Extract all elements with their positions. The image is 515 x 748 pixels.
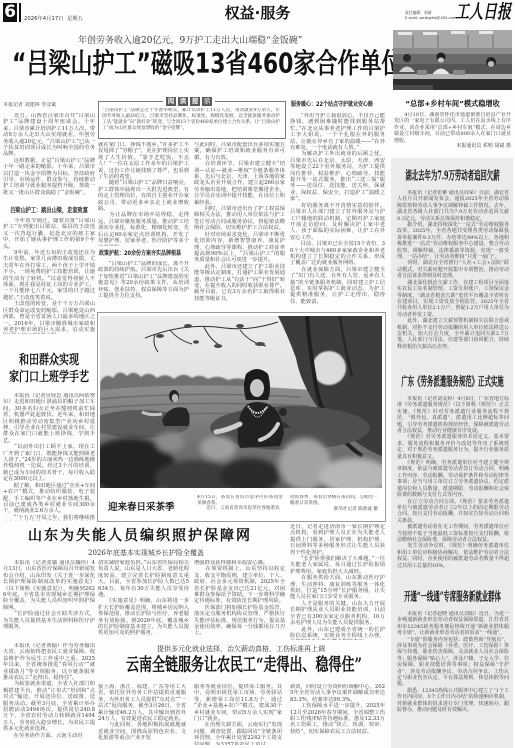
hetian-body: 本报讯（记者吴铎思 通讯员阿依努尔）走进和田地区洛浦县的帽子加工车间，30多名妇… bbox=[3, 393, 95, 521]
hubei-headline[interactable]: 湖北去年为7.9万劳动者追回欠薪 bbox=[392, 170, 513, 183]
lead-col2-body-2: “吕梁山护工”品牌的成长，离不开政策的持续护航。吕梁市先后出台《关于加快推进“吕… bbox=[98, 261, 189, 311]
workshop-photo bbox=[393, 30, 512, 90]
guangdong-body: 本报讯（记者刘友婷）4月8日，广东省地方标准《劳务派遣服务规范》（以下简称《规范… bbox=[397, 396, 509, 582]
masthead-logo: 工人日报 bbox=[455, 3, 511, 22]
reading-tip-text: “吕梁山护工”品牌走过十年春华秋实，累计培训护工11万人次，带动就业9万余人，年… bbox=[102, 108, 280, 134]
lead-kicker: 年创劳务收入逾20亿元，9万护工走出大山端稳“金饭碗” bbox=[78, 36, 302, 46]
photo-news-credit: 本报通讯员 邓明 胡斌 摄 bbox=[394, 144, 511, 150]
guangdong-headline[interactable]: 广东《劳务派遣服务规范》正式实施 bbox=[392, 376, 513, 389]
yunnan-col-3: 服务等就业岗位，提供零工服务。其中，昆明市依托零工市场、劳务驿站等，新增零工岗位… bbox=[194, 684, 282, 745]
reading-tip-char: 读 bbox=[178, 97, 188, 106]
lead-col2-body-1: 就在家门口，挣钱不离乡。”许多护工不仅甩掉了“穷帽子”，更在护理岗位上实现了人生… bbox=[98, 142, 189, 246]
photo-credit: 新华社记者 陈欣波 摄 bbox=[290, 507, 378, 513]
hetian-headline-line2[interactable]: 家门口上班学手艺 bbox=[3, 372, 95, 385]
lead-col3-body: 与此同时，吕梁市配套出台多项实施方案，确保护工培训和就业服务有章可循、有力有效。… bbox=[194, 142, 285, 311]
hubei-body: 本报讯（记者张翀 通讯员周荣）日前，湖北省人社厅召开新闻发布会，通报2025年全… bbox=[397, 190, 509, 367]
hetian-headline-line1[interactable]: 和田群众实现 bbox=[3, 355, 95, 368]
shandong-col-3: 增强群众获得感和幸福安心感。 在筹资机制上，山东坚持以收定支、收支平衡原则，建立… bbox=[194, 560, 285, 640]
reading-tip-char: 阅 bbox=[166, 97, 176, 106]
photo-news-headline[interactable]: “总部+乡村车间”模式稳增收 bbox=[393, 100, 512, 108]
tea-picking-image bbox=[100, 316, 382, 488]
hotline-body: 本报讯（记者赵晓 通讯员刘娟）近日，为进一步畅通新就业形态劳动者权益保障渠道，江… bbox=[397, 611, 509, 739]
yunnan-col-2: 接上海、浙江、福建、广东等用工大省，依托驻外劳务工作站提供直通服务，为外出务工人… bbox=[98, 684, 186, 745]
email-line: E-mail: grrbqyfw@163.com bbox=[405, 16, 457, 21]
photo-feature-title[interactable]: 迎来春日采茶季 bbox=[108, 502, 175, 513]
shandong-col-2: 切实减轻家庭负担。”山东省医保局相关负责人说，山东是人口大省，老龄化程度较高，建… bbox=[98, 560, 189, 640]
shandong-headline[interactable]: 山东为失能人员编织照护保障网 bbox=[28, 528, 252, 544]
yunnan-col-4: 薪资，同时设立劳资纠纷调解中心，2025年全省劳动人事争议案件调解成功率达83.… bbox=[290, 684, 385, 745]
lead-body-2: 今年春节刚过，随着首批“吕梁山护工”专列驶出吕梁站，临县的王改莲又一次背起行囊，… bbox=[3, 218, 95, 334]
reading-tip-char: 提 bbox=[190, 97, 200, 106]
workshop-image bbox=[393, 30, 512, 90]
tea-picking-photo bbox=[100, 316, 382, 488]
lead-subhead-2: 政策护航：20余份方案夯实品牌根基 bbox=[99, 250, 181, 258]
photo-caption-1: 4月15日，茶农在普洱市思茅区的茶园里采摘春茶。 近日，云南省普洱市思茅区各地茶… bbox=[197, 495, 283, 513]
yunnan-kicker: 提供多元化就业选择，治欠薪动真格，工伤标准再上调 bbox=[157, 645, 325, 653]
lead-byline: 本报记者 刘建林 李彦斌 bbox=[3, 102, 95, 109]
photo-news-caption: 4月10日，湖南省怀化市通道侗族自治县产业开发区的一家电子有限公司内，工人们在流… bbox=[394, 112, 511, 144]
photo-caption-2: 抢抓春季，茶农们穿梭在茶山间，勾勒出一幅春日采茶图。 bbox=[290, 495, 378, 507]
yunnan-headline[interactable]: 云南全链服务让农民工“走得出、稳得住” bbox=[126, 657, 362, 675]
yunnan-col-1: 本报讯（记者黄榆）作为劳务输出大省，云南始终把农民工就业保障、权益维护作为民生工… bbox=[3, 643, 95, 745]
shandong-col-4: 近日，记者走进济南市一家长期护理定点机构，看到护理人员正在为失能老人提供上门服务… bbox=[290, 524, 385, 640]
lead-col4-body: “外出当护工我很放心，不仅自己能挣钱，遇到困难随时能找到服务站帮忙。”在北京从事… bbox=[290, 113, 385, 311]
lead-headline[interactable]: “吕梁山护工”磁吸13省460家合作单位 bbox=[12, 51, 403, 79]
lead-subhead-3: 服务暖心：22个站点守护就业安心路 bbox=[291, 101, 373, 109]
lead-body-1: 近日，山西省吕梁市召开“吕梁山护工”品牌建设十周年座谈会。十年来，吕梁市累计培训… bbox=[3, 113, 95, 197]
shandong-col-1: 本报讯（记者张嫱 通讯员魏伟）4月13日，山东省医疗保障局召开新闻发布会介绍，山… bbox=[3, 560, 95, 640]
hotline-headline[interactable]: 开通“一线通”专席服务新就业群体 bbox=[392, 591, 513, 604]
shandong-subheadline: 2026年底基本实现城乡长护险全覆盖 bbox=[88, 549, 204, 557]
lead-subhead-1: 吕梁山护工：跳出山梁，走家致富 bbox=[3, 207, 95, 215]
reading-tip-label: 阅 读 提 示 bbox=[163, 97, 215, 106]
reading-tip-char: 示 bbox=[202, 97, 212, 106]
